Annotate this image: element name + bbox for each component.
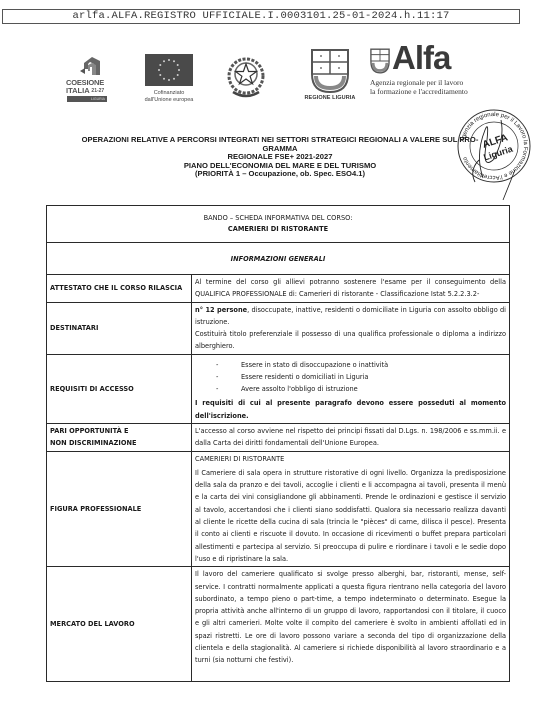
row-label-figura: FIGURA PROFESSIONALE (47, 451, 192, 567)
alfa-subtitle-line2: la formazione e l'accreditamento (370, 88, 468, 97)
row-value-attestato: Al termine del corso gli allievi potrann… (192, 275, 510, 303)
eu-caption: Cofinanziato dall'Unione europea (133, 90, 205, 103)
eu-caption-line2: dall'Unione europea (133, 97, 205, 104)
alfa-shield-icon (370, 48, 390, 74)
destinatari-count: n° 12 persone (195, 306, 247, 314)
figura-subtitle: CAMERIERI DI RISTORANTE (195, 453, 506, 465)
star-emblem-icon (225, 52, 267, 102)
list-item: Avere assolto l'obbligo di istruzione (195, 383, 506, 395)
table-row: FIGURA PROFESSIONALE CAMERIERI DI RISTOR… (47, 451, 510, 567)
regione-liguria-logo: REGIONE LIGURIA (300, 48, 360, 106)
row-label-attestato: ATTESTATO CHE IL CORSO RILASCIA (47, 275, 192, 303)
row-value-figura: CAMERIERI DI RISTORANTE Il Cameriere di … (192, 451, 510, 567)
section-heading: INFORMAZIONI GENERALI (47, 243, 510, 275)
course-name: CAMERIERI DI RISTORANTE (47, 224, 509, 235)
document-heading: OPERAZIONI RELATIVE A PERCORSI INTEGRATI… (55, 136, 505, 179)
liguria-caption: REGIONE LIGURIA (298, 95, 362, 101)
table-title-row: BANDO – SCHEDA INFORMATIVA DEL CORSO: CA… (47, 206, 510, 243)
coesione-line2: ITALIA 21-27 (66, 87, 104, 95)
eu-cofinanced-logo: Cofinanziato dall'Unione europea (145, 54, 209, 106)
row-label-requisiti: REQUISITI DI ACCESSO (47, 354, 192, 423)
table-row: DESTINATARI n° 12 persone, disoccupate, … (47, 302, 510, 354)
row-value-mercato: Il lavoro del cameriere qualificato si s… (192, 567, 510, 681)
table-row: PARI OPPORTUNITÀ E NON DISCRIMINAZIONE L… (47, 423, 510, 451)
alfa-subtitle: Agenzia regionale per il lavoro la forma… (370, 79, 468, 96)
eu-flag-icon (145, 54, 193, 86)
table-row: ATTESTATO CHE IL CORSO RILASCIA Al termi… (47, 275, 510, 303)
coesione-italia-logo: COESIONE ITALIA 21-27 LIGURIA (66, 55, 116, 105)
row-label-mercato: MERCATO DEL LAVORO (47, 567, 192, 681)
protocol-stamp: arlfa.ALFA.REGISTRO UFFICIALE.I.0003101.… (2, 9, 520, 24)
table-row: REQUISITI DI ACCESSO Essere in stato di … (47, 354, 510, 423)
pari-label-line1: PARI OPPORTUNITÀ E (50, 425, 191, 437)
coesione-bar: LIGURIA (67, 96, 107, 102)
requisiti-note: I requisiti di cui al presente paragrafo… (195, 397, 506, 422)
course-info-table: BANDO – SCHEDA INFORMATIVA DEL CORSO: CA… (46, 205, 510, 682)
row-value-requisiti: Essere in stato di disoccupazione o inat… (192, 354, 510, 423)
pari-label-line2: NON DISCRIMINAZIONE (50, 437, 191, 449)
row-value-destinatari: n° 12 persone, disoccupate, inattive, re… (192, 302, 510, 354)
alfa-wordmark: Alfa (392, 39, 450, 77)
figura-text: Il Cameriere di sala opera in strutture … (195, 467, 506, 565)
coesione-italia-text: ITALIA (66, 86, 89, 95)
table-row: MERCATO DEL LAVORO Il lavoro del camerie… (47, 567, 510, 681)
section-row: INFORMAZIONI GENERALI (47, 243, 510, 275)
alfa-logo: Alfa Agenzia regionale per il lavoro la … (370, 46, 520, 108)
table-title-cell: BANDO – SCHEDA INFORMATIVA DEL CORSO: CA… (47, 206, 510, 243)
table-title-line1: BANDO – SCHEDA INFORMATIVA DEL CORSO: (47, 213, 509, 224)
requisiti-list: Essere in stato di disoccupazione o inat… (195, 359, 506, 396)
row-label-destinatari: DESTINATARI (47, 302, 192, 354)
list-item: Essere in stato di disoccupazione o inat… (195, 359, 506, 371)
heading-line5: (PRIORITÀ 1 – Occupazione, ob. Spec. ESO… (55, 170, 505, 179)
row-value-pari-opportunita: L'accesso al corso avviene nel rispetto … (192, 423, 510, 451)
destinatari-text2: Costituirà titolo preferenziale il posse… (195, 328, 506, 353)
liguria-shield-icon (300, 48, 360, 94)
coesione-years: 21-27 (91, 88, 104, 94)
destinatari-text1: n° 12 persone, disoccupate, inattive, re… (195, 304, 506, 329)
coesione-mark-icon (78, 55, 104, 77)
list-item: Essere residenti o domiciliati in Liguri… (195, 371, 506, 383)
italian-republic-emblem (225, 52, 267, 102)
row-label-pari-opportunita: PARI OPPORTUNITÀ E NON DISCRIMINAZIONE (47, 423, 192, 451)
